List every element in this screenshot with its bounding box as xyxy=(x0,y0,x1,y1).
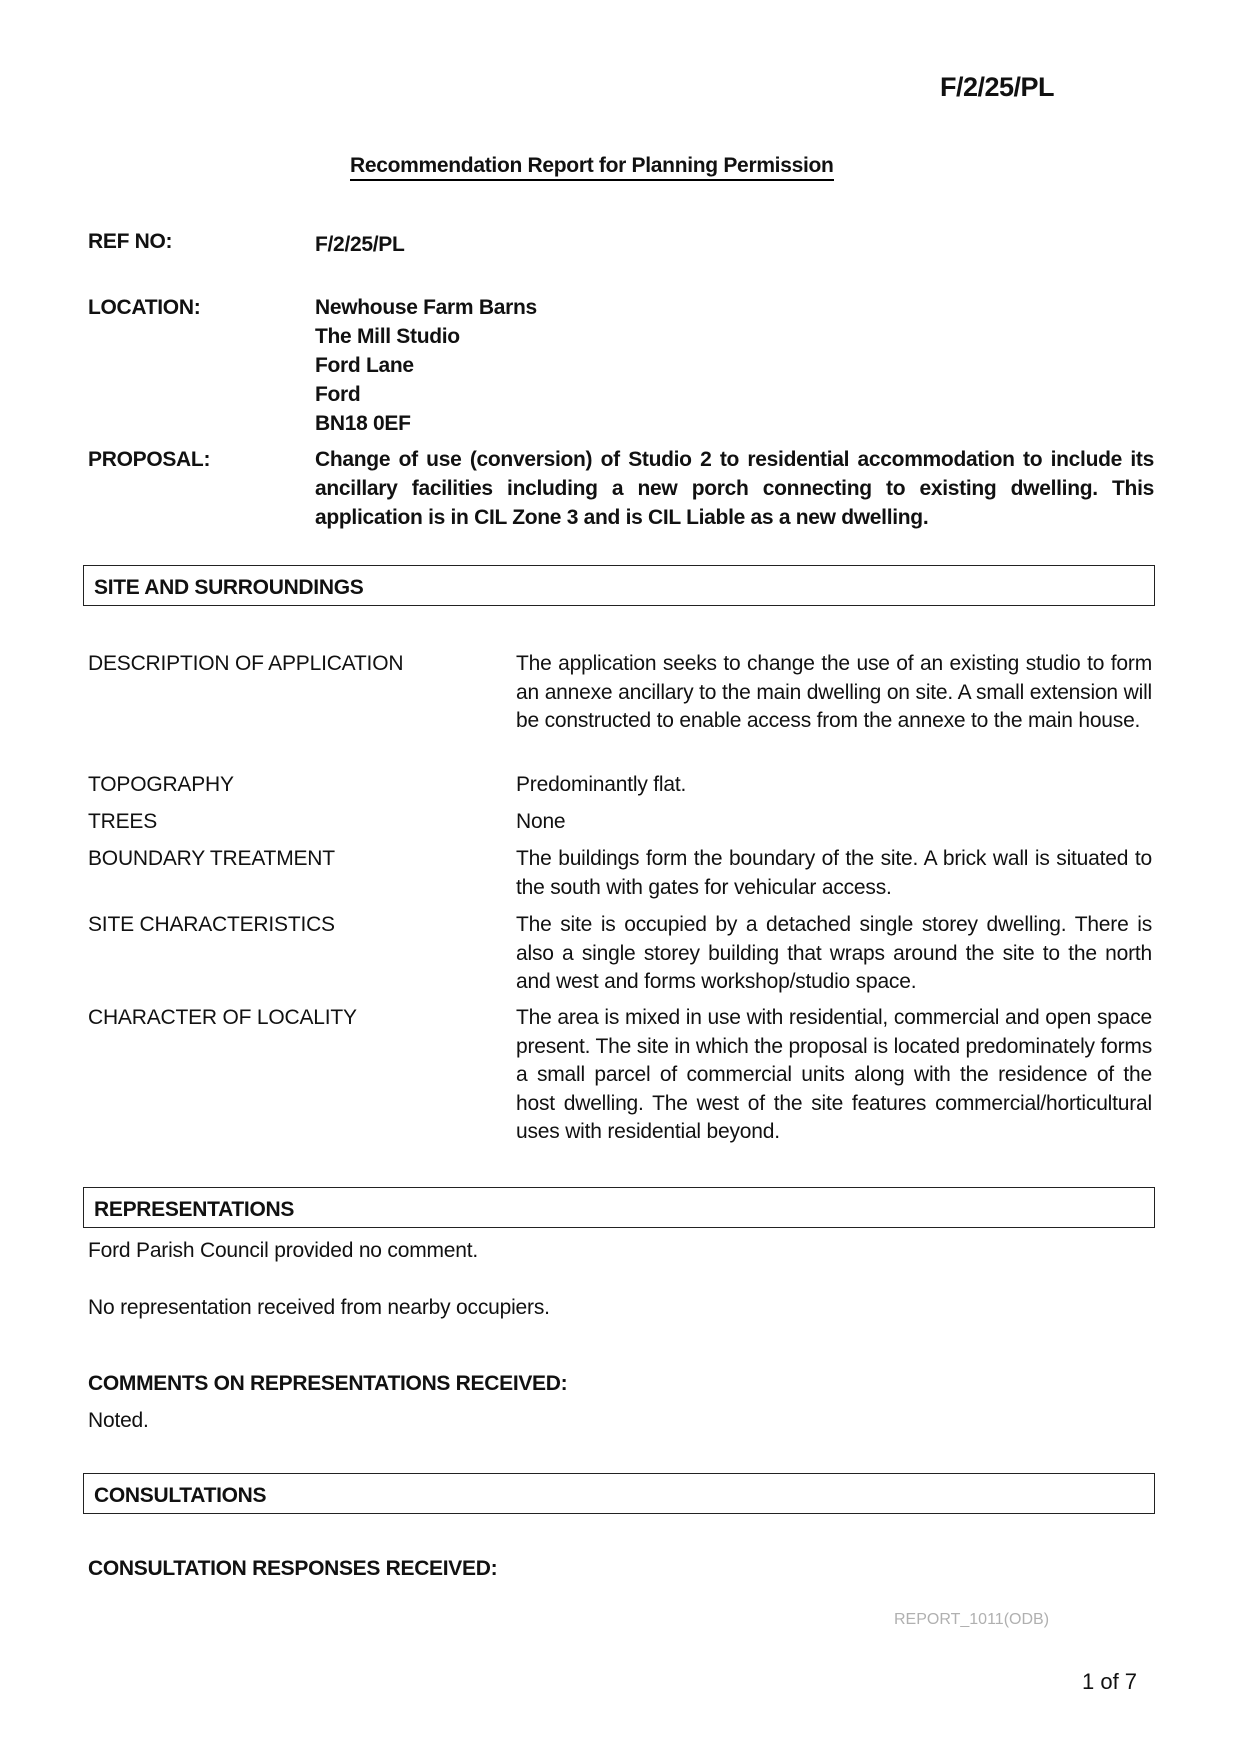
row-value-trees: None xyxy=(516,808,1152,837)
report-code: REPORT_1011(ODB) xyxy=(894,1611,1049,1629)
section-heading: REPRESENTATIONS xyxy=(94,1198,294,1222)
row-label-description: DESCRIPTION OF APPLICATION xyxy=(88,652,403,676)
proposal-value: Change of use (conversion) of Studio 2 t… xyxy=(315,445,1154,532)
location-line: The Mill Studio xyxy=(315,322,537,351)
section-header-representations: REPRESENTATIONS xyxy=(83,1187,1155,1228)
ref-no-value: F/2/25/PL xyxy=(315,230,405,259)
representation-paragraph: No representation received from nearby o… xyxy=(88,1296,550,1320)
representation-paragraph: Ford Parish Council provided no comment. xyxy=(88,1239,478,1263)
location-label: LOCATION: xyxy=(88,296,200,320)
consultation-responses-heading: CONSULTATION RESPONSES RECEIVED: xyxy=(88,1557,497,1581)
row-label-character: CHARACTER OF LOCALITY xyxy=(88,1006,357,1030)
location-line: Ford xyxy=(315,380,537,409)
section-header-site: SITE AND SURROUNDINGS xyxy=(83,565,1155,606)
row-label-boundary: BOUNDARY TREATMENT xyxy=(88,847,335,871)
row-value-description: The application seeks to change the use … xyxy=(516,650,1152,736)
comments-text: Noted. xyxy=(88,1409,149,1433)
row-value-character: The area is mixed in use with residentia… xyxy=(516,1004,1152,1147)
row-label-topography: TOPOGRAPHY xyxy=(88,773,234,797)
ref-no-label: REF NO: xyxy=(88,230,172,254)
section-heading: SITE AND SURROUNDINGS xyxy=(94,576,363,600)
location-line: Ford Lane xyxy=(315,351,537,380)
location-line: BN18 0EF xyxy=(315,409,537,438)
proposal-label: PROPOSAL: xyxy=(88,448,210,472)
comments-heading: COMMENTS ON REPRESENTATIONS RECEIVED: xyxy=(88,1372,567,1396)
location-line: Newhouse Farm Barns xyxy=(315,293,537,322)
header-reference: F/2/25/PL xyxy=(940,72,1054,103)
row-value-site-characteristics: The site is occupied by a detached singl… xyxy=(516,911,1152,997)
location-address: Newhouse Farm Barns The Mill Studio Ford… xyxy=(315,293,537,438)
row-label-trees: TREES xyxy=(88,810,157,834)
row-label-site-characteristics: SITE CHARACTERISTICS xyxy=(88,913,335,937)
page-title: Recommendation Report for Planning Permi… xyxy=(350,154,834,181)
section-heading: CONSULTATIONS xyxy=(94,1484,266,1508)
row-value-topography: Predominantly flat. xyxy=(516,771,1152,800)
page-indicator: 1 of 7 xyxy=(1082,1669,1137,1695)
row-value-boundary: The buildings form the boundary of the s… xyxy=(516,845,1152,902)
section-header-consultations: CONSULTATIONS xyxy=(83,1473,1155,1514)
